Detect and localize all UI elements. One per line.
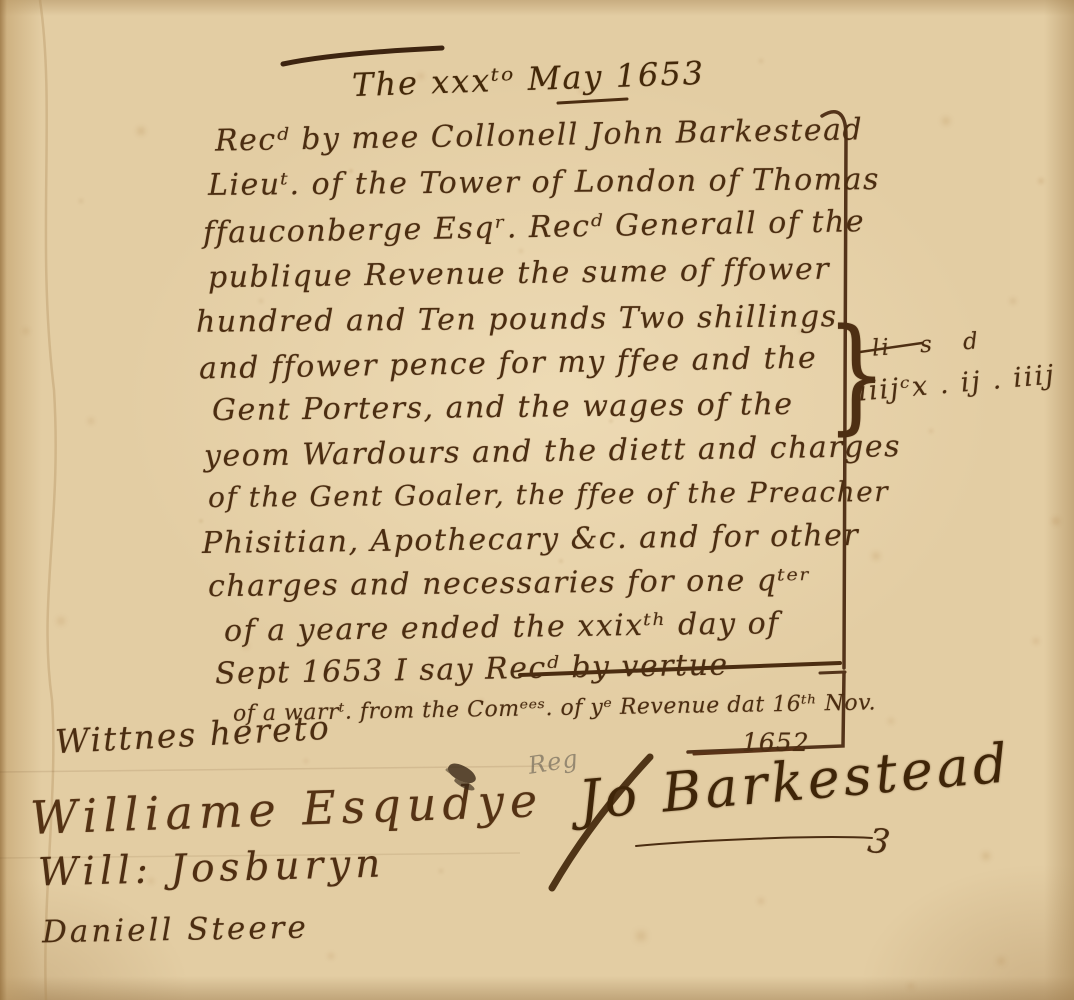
witness-signature-2: Will: Josburyn [37,841,385,895]
heading-dash-stroke [283,48,442,64]
margin-sum-header: li s d [871,328,980,361]
signature-paraph: 3 [865,821,892,864]
body-line-9: of the Gent Goaler, the ffee of the Prea… [208,475,889,514]
body-line-3: ffauconberge Esqʳ. Recᵈ Generall of the [203,204,866,251]
body-line-7: Gent Porters, and the wages of the [212,387,794,428]
body-line-13: Sept 1653 I say Recᵈ by vertue [215,648,729,692]
heading-year-underline [558,99,627,103]
body-line-11: charges and necessaries for one qᵗᵉʳ [208,563,812,604]
manuscript-page: The xxxᵗᵒ May 1653 Recᵈ by mee Collonell… [0,0,1074,1000]
bracket-tick-stroke [820,672,845,673]
body-line-6: and ffower pence for my ffee and the [199,341,818,387]
signature-flourish-stroke [636,837,872,846]
body-line-1: Recᵈ by mee Collonell John Barkestead [215,112,864,158]
body-line-10: Phisitian, Apothecary &c. and for other [202,518,860,561]
witness-label: Wittnes hereto [54,708,332,761]
paper-foxing-spots [0,0,2,2]
witness-signature-1: Williame Esqudye [29,773,544,845]
body-line-12: of a yeare ended the xxixᵗʰ day of [224,606,780,649]
body-line-2: Lieuᵗ. of the Tower of London of Thomas [208,162,880,203]
body-line-8: yeom Wardours and the diett and charges [204,429,901,474]
witness-signature-3: Daniell Steere [42,910,309,951]
heading-date: The xxxᵗᵒ May 1653 [351,54,705,104]
crease-line [0,766,560,772]
body-line-5: hundred and Ten pounds Two shillings [196,299,838,340]
body-line-4: publique Revenue the sume of ffower [208,252,831,296]
